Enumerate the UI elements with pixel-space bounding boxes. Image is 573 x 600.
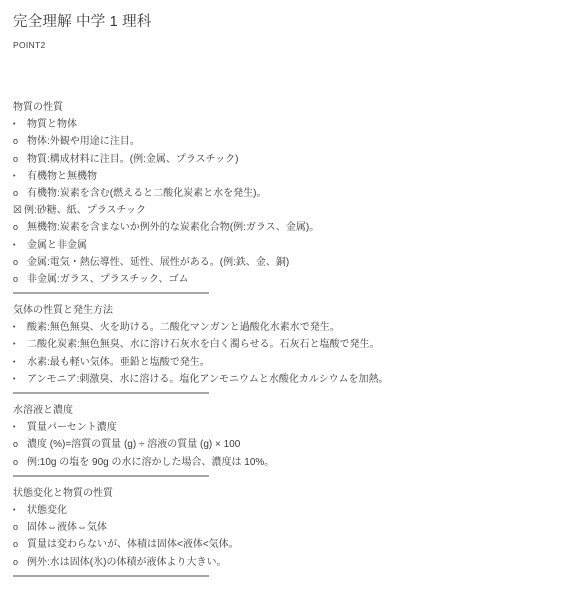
list-item: •質量パーセント濃度	[13, 419, 553, 436]
list-item-text: 二酸化炭素:無色無臭、水に溶け石灰水を白く濁らせる。石灰石と塩酸で発生。	[27, 336, 379, 353]
section: 気体の性質と発生方法•酸素:無色無臭、火を助ける。二酸化マンガンと過酸化水素水で…	[13, 302, 553, 394]
list-item: o固体⇔液体⇔気体	[13, 519, 553, 536]
section-divider	[13, 392, 209, 394]
list-item: o質量は変わらないが、体積は固体<液体<気体。	[13, 536, 553, 553]
list-item: •有機物と無機物	[13, 168, 553, 185]
list-item-text: 酸素:無色無臭、火を助ける。二酸化マンガンと過酸化水素水で発生。	[27, 319, 340, 336]
list-item: o例:10g の塩を 90g の水に溶かした場合、濃度は 10%。	[13, 454, 553, 471]
list-item-text: 金属:電気・熱伝導性、延性、展性がある。(例:鉄、金、銅)	[27, 254, 289, 271]
circle-marker-icon: o	[13, 151, 27, 168]
list-item-text: 固体⇔液体⇔気体	[27, 519, 107, 536]
bullet-icon: •	[13, 419, 27, 436]
list-item: •アンモニア:刺激臭、水に溶ける。塩化アンモニウムと水酸化カルシウムを加熱。	[13, 371, 553, 388]
list-item-text: 物質:構成材料に注目。(例:金属、プラスチック)	[27, 151, 238, 168]
list-item-text: 物質と物体	[27, 116, 77, 133]
document-content: 物質の性質•物質と物体o物体:外観や用途に注目。o物質:構成材料に注目。(例:金…	[13, 99, 553, 577]
list-item-text: 例:砂糖、紙、プラスチック	[24, 202, 146, 219]
list-item-text: 状態変化	[27, 502, 67, 519]
section-heading: 状態変化と物質の性質	[13, 485, 553, 502]
list-item-text: 有機物と無機物	[27, 168, 97, 185]
circle-marker-icon: o	[13, 436, 27, 453]
list-item-text: 無機物:炭素を含まないか例外的な炭素化合物(例:ガラス、金属)。	[27, 219, 319, 236]
list-item: o有機物:炭素を含む(燃えると二酸化炭素と水を発生)。	[13, 185, 553, 202]
circle-marker-icon: o	[13, 536, 27, 553]
list-item-text: 有機物:炭素を含む(燃えると二酸化炭素と水を発生)。	[27, 185, 266, 202]
list-item: o物体:外観や用途に注目。	[13, 133, 553, 150]
list-item-text: 例外:水は固体(氷)の体積が液体より大きい。	[27, 554, 226, 571]
bullet-icon: •	[13, 319, 27, 336]
section-divider	[13, 475, 209, 477]
list-item: o非金属:ガラス、プラスチック、ゴム	[13, 271, 553, 288]
circle-marker-icon: o	[13, 519, 27, 536]
circle-marker-icon: o	[13, 271, 27, 288]
bullet-icon: •	[13, 336, 27, 353]
list-item: o物質:構成材料に注目。(例:金属、プラスチック)	[13, 151, 553, 168]
list-item: o濃度 (%)=溶質の質量 (g) ÷ 溶液の質量 (g) × 100	[13, 436, 553, 453]
list-item: •状態変化	[13, 502, 553, 519]
bullet-icon: •	[13, 168, 27, 185]
list-item-text: 物体:外観や用途に注目。	[27, 133, 140, 150]
list-item-text: 質量パーセント濃度	[27, 419, 117, 436]
section-heading: 水溶液と濃度	[13, 402, 553, 419]
list-item: •金属と非金属	[13, 237, 553, 254]
list-item: o無機物:炭素を含まないか例外的な炭素化合物(例:ガラス、金属)。	[13, 219, 553, 236]
list-item-text: 例:10g の塩を 90g の水に溶かした場合、濃度は 10%。	[27, 454, 274, 471]
section-divider	[13, 575, 209, 577]
bullet-icon: •	[13, 116, 27, 133]
list-item-text: 濃度 (%)=溶質の質量 (g) ÷ 溶液の質量 (g) × 100	[27, 436, 240, 453]
document-page: 完全理解 中学 1 理科 POINT2 物質の性質•物質と物体o物体:外観や用途…	[0, 0, 573, 600]
list-item: •水素:最も軽い気体。亜鉛と塩酸で発生。	[13, 354, 553, 371]
circle-marker-icon: o	[13, 133, 27, 150]
list-item: o金属:電気・熱伝導性、延性、展性がある。(例:鉄、金、銅)	[13, 254, 553, 271]
bullet-icon: •	[13, 354, 27, 371]
bullet-icon: •	[13, 502, 27, 519]
section-heading: 物質の性質	[13, 99, 553, 116]
section-divider	[13, 292, 209, 294]
circle-marker-icon: o	[13, 554, 27, 571]
document-title: 完全理解 中学 1 理科	[13, 10, 553, 31]
list-item: •二酸化炭素:無色無臭、水に溶け石灰水を白く濁らせる。石灰石と塩酸で発生。	[13, 336, 553, 353]
list-item: o例外:水は固体(氷)の体積が液体より大きい。	[13, 554, 553, 571]
circle-marker-icon: o	[13, 185, 27, 202]
list-item: •物質と物体	[13, 116, 553, 133]
document-subtitle: POINT2	[13, 40, 553, 50]
list-item-text: 金属と非金属	[27, 237, 87, 254]
list-item-text: 非金属:ガラス、プラスチック、ゴム	[27, 271, 189, 288]
list-item: •酸素:無色無臭、火を助ける。二酸化マンガンと過酸化水素水で発生。	[13, 319, 553, 336]
circle-marker-icon: o	[13, 219, 27, 236]
circle-marker-icon: o	[13, 254, 27, 271]
list-item-text: アンモニア:刺激臭、水に溶ける。塩化アンモニウムと水酸化カルシウムを加熱。	[27, 371, 389, 388]
bullet-icon: •	[13, 237, 27, 254]
section: 状態変化と物質の性質•状態変化o固体⇔液体⇔気体o質量は変わらないが、体積は固体…	[13, 485, 553, 577]
list-item: ☒例:砂糖、紙、プラスチック	[13, 202, 553, 219]
bullet-icon: •	[13, 371, 27, 388]
section: 物質の性質•物質と物体o物体:外観や用途に注目。o物質:構成材料に注目。(例:金…	[13, 99, 553, 294]
section-heading: 気体の性質と発生方法	[13, 302, 553, 319]
crossed-box-icon: ☒	[13, 202, 24, 219]
circle-marker-icon: o	[13, 454, 27, 471]
list-item-text: 水素:最も軽い気体。亜鉛と塩酸で発生。	[27, 354, 210, 371]
section: 水溶液と濃度•質量パーセント濃度o濃度 (%)=溶質の質量 (g) ÷ 溶液の質…	[13, 402, 553, 477]
list-item-text: 質量は変わらないが、体積は固体<液体<気体。	[27, 536, 239, 553]
